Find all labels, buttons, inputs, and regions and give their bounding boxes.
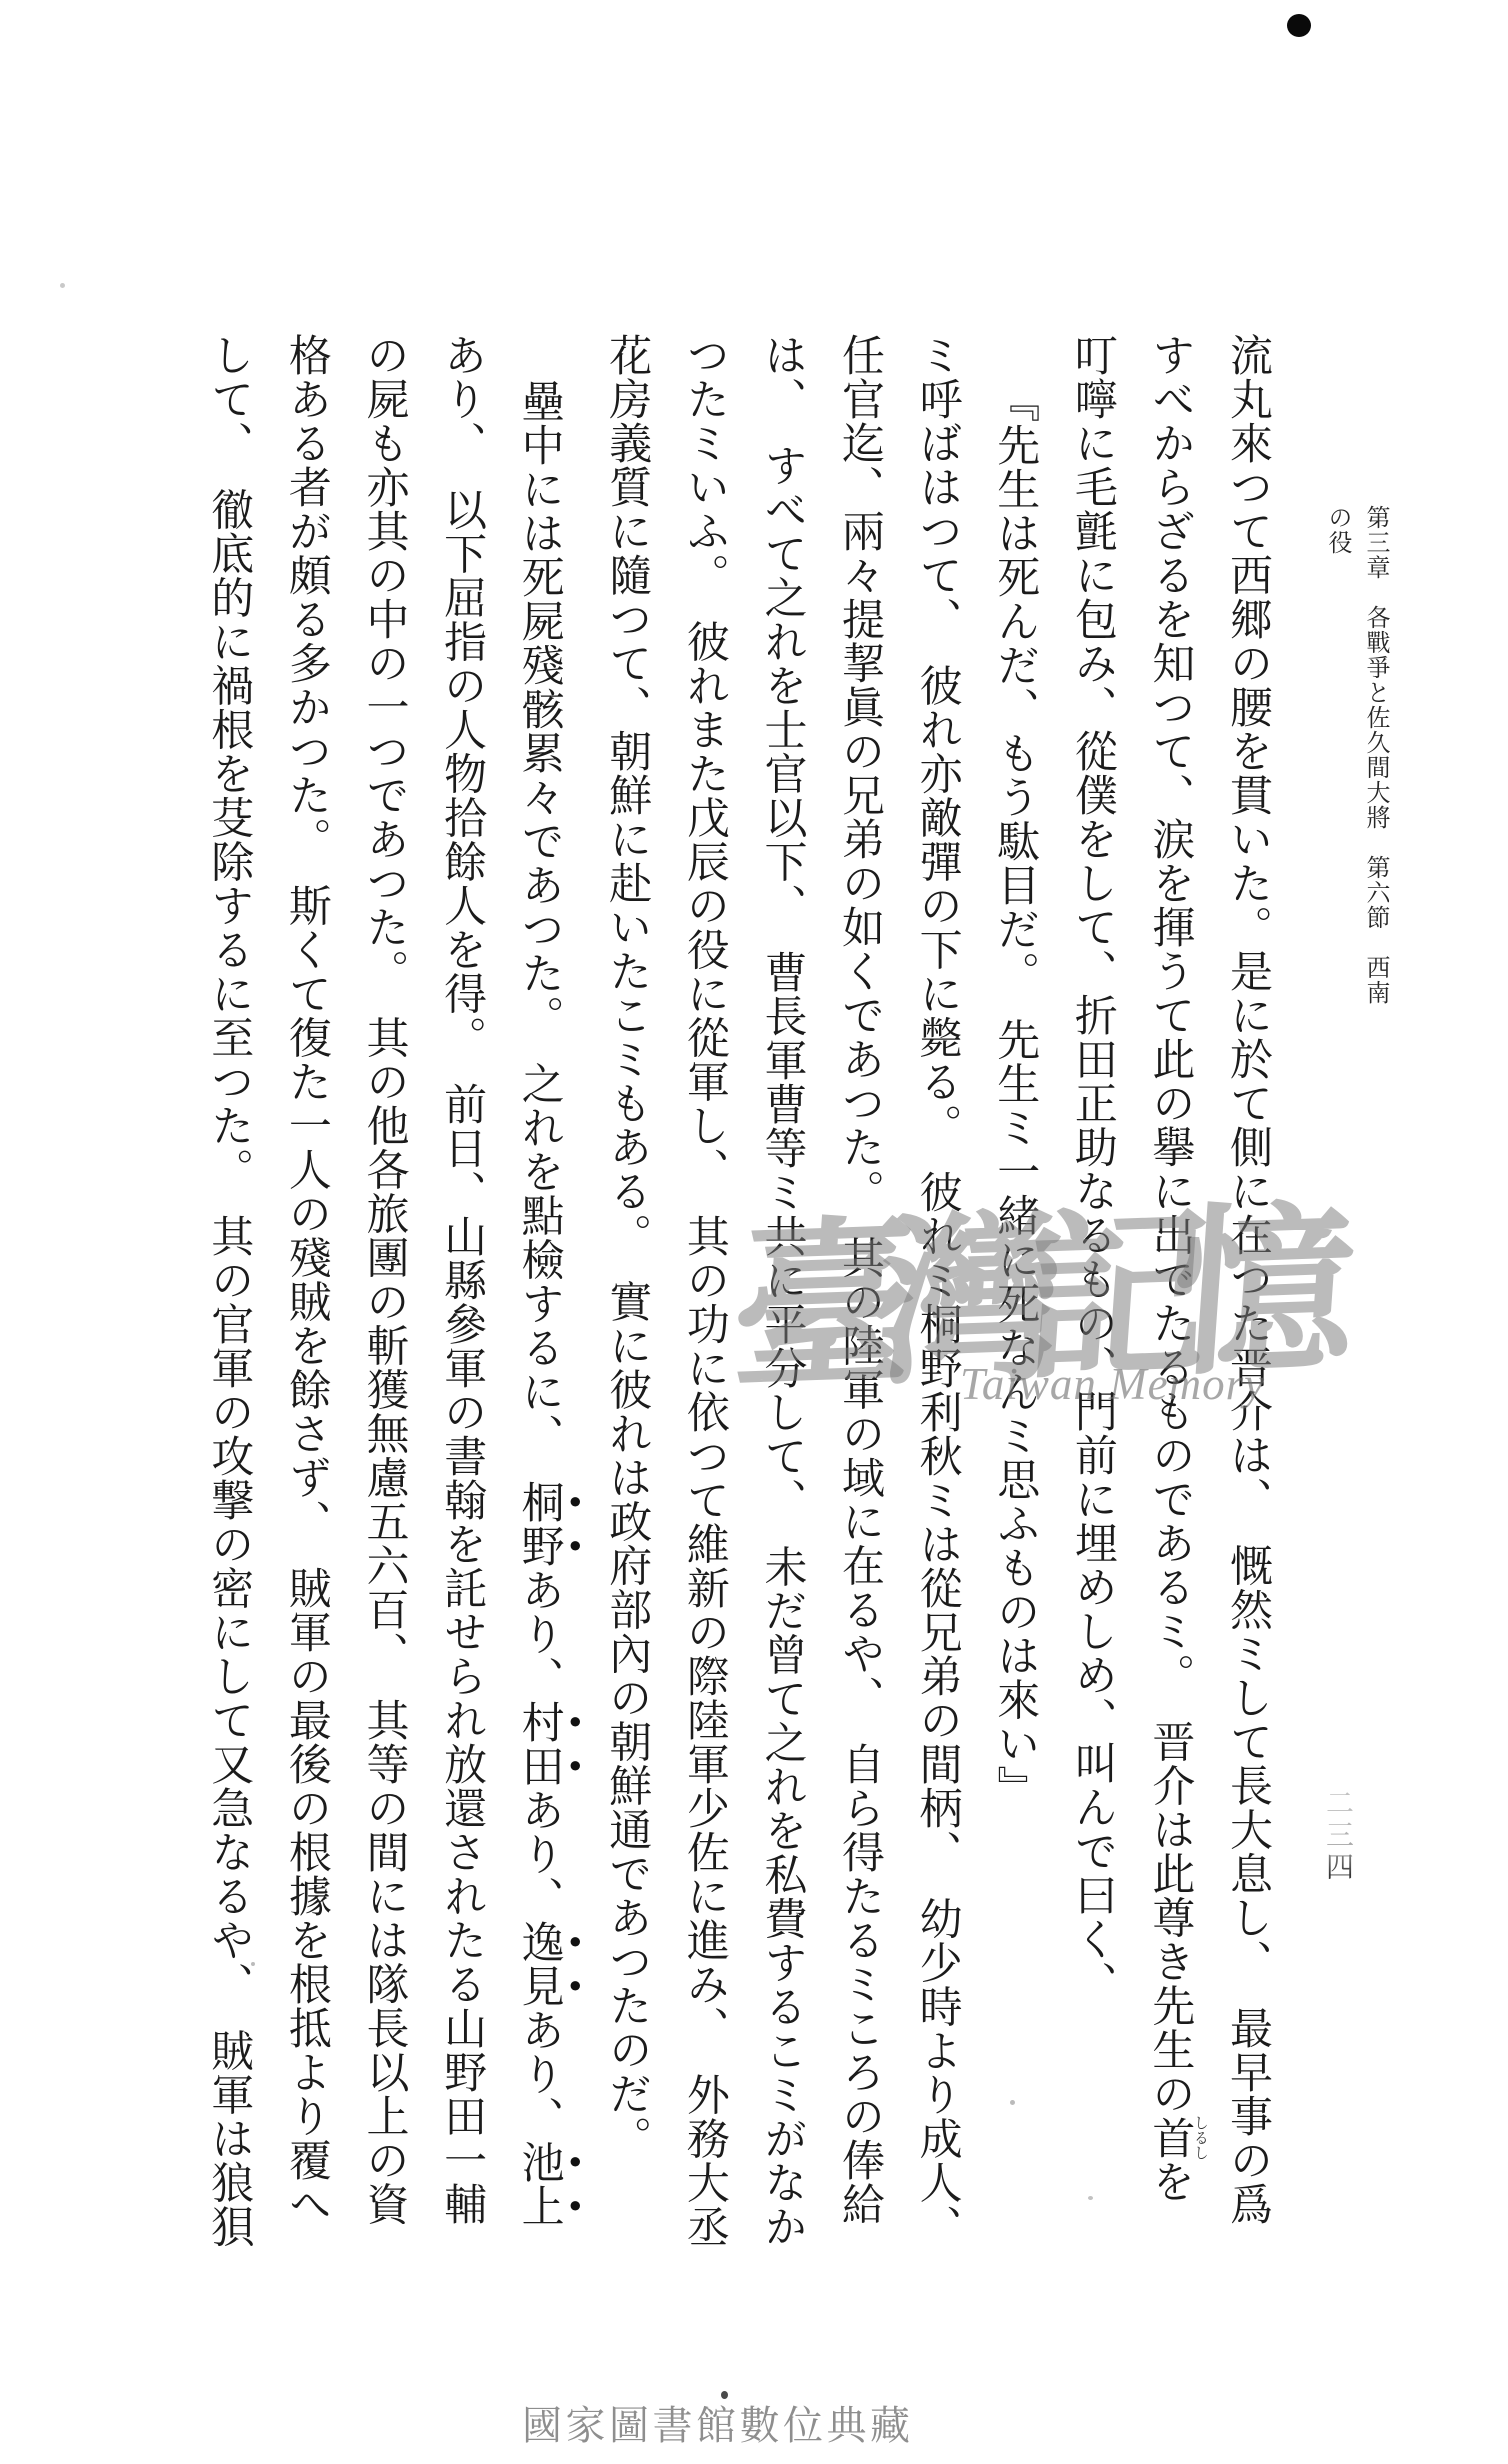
column-text: 格ある者が頗る多かつた。 斯くて復た一人の殘賊を餘さず、 賊軍の最後の根據を根抵… bbox=[283, 333, 330, 2226]
text-column: ミ呼ばはつて、 彼れ亦敵彈の下に斃る。 彼れミ桐野利秋ミは從兄弟の間柄、 幼少時… bbox=[898, 333, 976, 2283]
column-text: 壘中には死屍殘骸累々であつた。 之れを點檢するに、 bbox=[516, 379, 563, 1480]
column-text: を bbox=[1146, 2160, 1193, 2204]
ink-dot-artifact bbox=[1287, 14, 1311, 37]
text-column: すべからざるを知つて、涙を揮うて此の擧に出でたるものであるミ。 晋介は此尊き先生… bbox=[1131, 333, 1209, 2283]
column-text: 叮嚀に毛氈に包み、從僕をして、折田正助なるもの、門前に埋めしめ、叫んで曰く、 bbox=[1069, 333, 1116, 2005]
emphasized-name: 逸見 bbox=[516, 1920, 563, 2008]
column-text: の屍も亦其の中の一つであつた。 其の他各旅團の斬獲無慮五六百、 其等の間には隊長… bbox=[360, 333, 407, 2226]
book-page-scan: 第三章 各戰爭と佐久間大將 第六節 西南の役 二三四 流丸來つて西郷の腰を貫いた… bbox=[0, 0, 1508, 2464]
text-column: あり、 以下屈指の人物拾餘人を得。 前日、山縣參軍の書翰を託せられ放還されたる山… bbox=[422, 333, 500, 2283]
column-text: あり、 bbox=[516, 1788, 563, 1920]
column-text: 花房義質に隨つて、朝鮮に赴いたこミもある。 實に彼れは政府部內の朝鮮通であつたの… bbox=[603, 333, 650, 2160]
scan-speck bbox=[1010, 2100, 1015, 2105]
text-column: 壘中には死屍殘骸累々であつた。 之れを點檢するに、 桐野あり、村田あり、逸見あり… bbox=[500, 333, 588, 2283]
scan-speck bbox=[1088, 2196, 1093, 2200]
emphasized-name: 村田 bbox=[516, 1700, 563, 1788]
page-number: 二三四 bbox=[1317, 1788, 1357, 1908]
text-columns: 流丸來つて西郷の腰を貫いた。是に於て側に在つた晋介は、 慨然ミして長大息し、 最… bbox=[199, 333, 1286, 2293]
column-text: は、 すべて之れを士官以下、 曹長軍曹等ミ共に平分して、 未だ曾て之れを私費する… bbox=[758, 333, 805, 2249]
text-column: は、 すべて之れを士官以下、 曹長軍曹等ミ共に平分して、 未だ曾て之れを私費する… bbox=[743, 333, 821, 2283]
text-column: の屍も亦其の中の一つであつた。 其の他各旅團の斬獲無慮五六百、 其等の間には隊長… bbox=[345, 333, 423, 2283]
column-text: すべからざるを知つて、涙を揮うて此の擧に出でたるものであるミ。 晋介は此尊き先生… bbox=[1146, 333, 1193, 2116]
column-text: あり、 bbox=[516, 2008, 563, 2140]
column-text: あり、 bbox=[516, 1568, 563, 1700]
column-text: 『先生は死んだ、もう駄目だ。 先生ミ一緒に死なんミ思ふものは來い』 bbox=[991, 379, 1038, 1810]
text-column: 叮嚀に毛氈に包み、從僕をして、折田正助なるもの、門前に埋めしめ、叫んで曰く、 bbox=[1053, 333, 1131, 2283]
column-text: 流丸來つて西郷の腰を貫いた。是に於て側に在つた晋介は、 慨然ミして長大息し、 最… bbox=[1224, 333, 1271, 2226]
archive-caption: 國家圖書館數位典藏 bbox=[522, 2394, 914, 2451]
text-column: して、 徹底的に禍根を芟除するに至つた。 其の官軍の攻撃の密にして又急なるや、 … bbox=[190, 333, 268, 2283]
text-column: 流丸來つて西郷の腰を貫いた。是に於て側に在つた晋介は、 慨然ミして長大息し、 最… bbox=[1208, 333, 1286, 2283]
text-column: 格ある者が頗る多かつた。 斯くて復た一人の殘賊を餘さず、 賊軍の最後の根據を根抵… bbox=[267, 333, 345, 2283]
text-column: 花房義質に隨つて、朝鮮に赴いたこミもある。 實に彼れは政府部內の朝鮮通であつたの… bbox=[588, 333, 666, 2283]
text-column: つたミいふ。 彼れまた戊辰の役に從軍し、 其の功に依つて維新の際陸軍少佐に進み、… bbox=[665, 333, 743, 2283]
column-text: 任官迄、兩々提挈眞の兄弟の如くであつた。 其の陸軍の域に在るや、 自ら得たるミこ… bbox=[836, 333, 883, 2226]
scan-speck bbox=[251, 1962, 255, 1966]
column-text: ミ呼ばはつて、 彼れ亦敵彈の下に斃る。 彼れミ桐野利秋ミは從兄弟の間柄、 幼少時… bbox=[914, 333, 961, 2249]
emphasized-name: 桐野 bbox=[516, 1480, 563, 1568]
emphasized-name: 池上 bbox=[516, 2140, 563, 2228]
column-text: つたミいふ。 彼れまた戊辰の役に從軍し、 其の功に依つて維新の際陸軍少佐に進み、… bbox=[681, 333, 728, 2249]
text-column: 任官迄、兩々提挈眞の兄弟の如くであつた。 其の陸軍の域に在るや、 自ら得たるミこ… bbox=[820, 333, 898, 2283]
scan-speck bbox=[60, 283, 65, 288]
scan-speck bbox=[721, 2391, 728, 2399]
running-head: 第三章 各戰爭と佐久間大將 第六節 西南の役 bbox=[1318, 505, 1394, 1025]
text-column: 『先生は死んだ、もう駄目だ。 先生ミ一緒に死なんミ思ふものは來い』 bbox=[976, 333, 1054, 2283]
column-text: して、 徹底的に禍根を芟除するに至つた。 其の官軍の攻撃の密にして又急なるや、 … bbox=[205, 333, 252, 2249]
column-text: あり、 以下屈指の人物拾餘人を得。 前日、山縣參軍の書翰を託せられ放還されたる山… bbox=[438, 333, 485, 2226]
column-text: 首しるし bbox=[1146, 2116, 1193, 2160]
